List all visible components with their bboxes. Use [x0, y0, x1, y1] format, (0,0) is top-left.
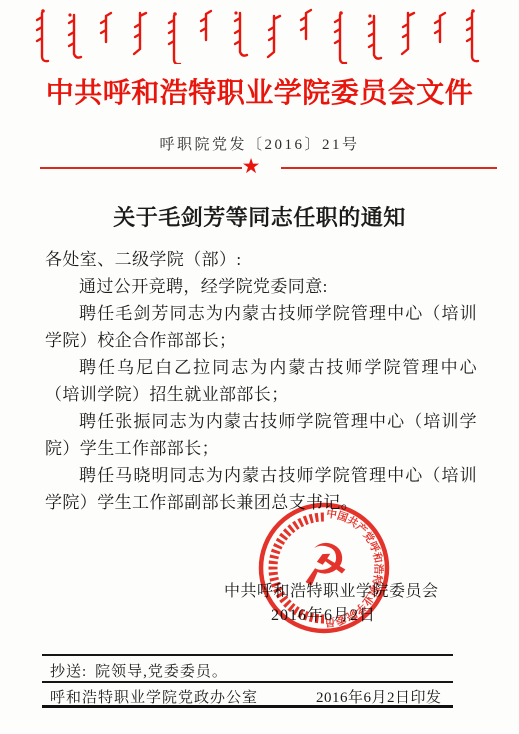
- document-page: { "page": { "background": "#fdfdfb", "ac…: [0, 0, 519, 734]
- document-body: 各处室、二级学院（部）: 通过公开竞聘，经学院党委同意: 聘任毛剑芳同志为内蒙古…: [45, 246, 477, 516]
- salutation: 各处室、二级学院（部）:: [45, 246, 477, 273]
- issuer-row: 呼和浩特职业学院党政办公室 2016年6月2日印发: [50, 686, 469, 707]
- signature-org: 中共呼和浩特职业学院委员会: [224, 578, 439, 601]
- cc-value: 院领导,党委委员。: [95, 664, 228, 680]
- red-separator-right: [281, 167, 497, 169]
- print-date: 2016年6月2日印发: [316, 686, 442, 707]
- signature-date: 2016年6月2日: [271, 602, 376, 625]
- red-star-icon: ★: [239, 154, 263, 178]
- document-number: 呼职院党发〔2016〕21号: [0, 133, 519, 154]
- body-paragraph: 通过公开竞聘，经学院党委同意:: [45, 273, 477, 300]
- cc-row: 抄送:院领导,党委委员。: [50, 660, 228, 681]
- document-title: 关于毛剑芳等同志任职的通知: [0, 201, 519, 232]
- cc-label: 抄送:: [50, 664, 87, 680]
- body-paragraph: 聘任张振同志为内蒙古技师学院管理中心（培训学院）学生工作部部长；: [45, 408, 477, 462]
- cc-divider-top: [42, 654, 453, 656]
- issuer-divider: [42, 681, 453, 683]
- body-paragraph: 聘任马晓明同志为内蒙古技师学院管理中心（培训学院）学生工作部副部长兼团总支书记。: [45, 462, 477, 516]
- issuer-name: 呼和浩特职业学院党政办公室: [50, 690, 258, 706]
- mongolian-script-banner: [28, 6, 492, 64]
- body-paragraph: 聘任乌尼白乙拉同志为内蒙古技师学院管理中心（培训学院）招生就业部部长；: [45, 354, 477, 408]
- bottom-rule: [42, 705, 453, 708]
- body-paragraph: 聘任毛剑芳同志为内蒙古技师学院管理中心（培训学院）校企合作部部长；: [45, 300, 477, 354]
- red-header-org-title: 中共呼和浩特职业学院委员会文件: [0, 71, 519, 111]
- red-separator-left: [40, 167, 242, 169]
